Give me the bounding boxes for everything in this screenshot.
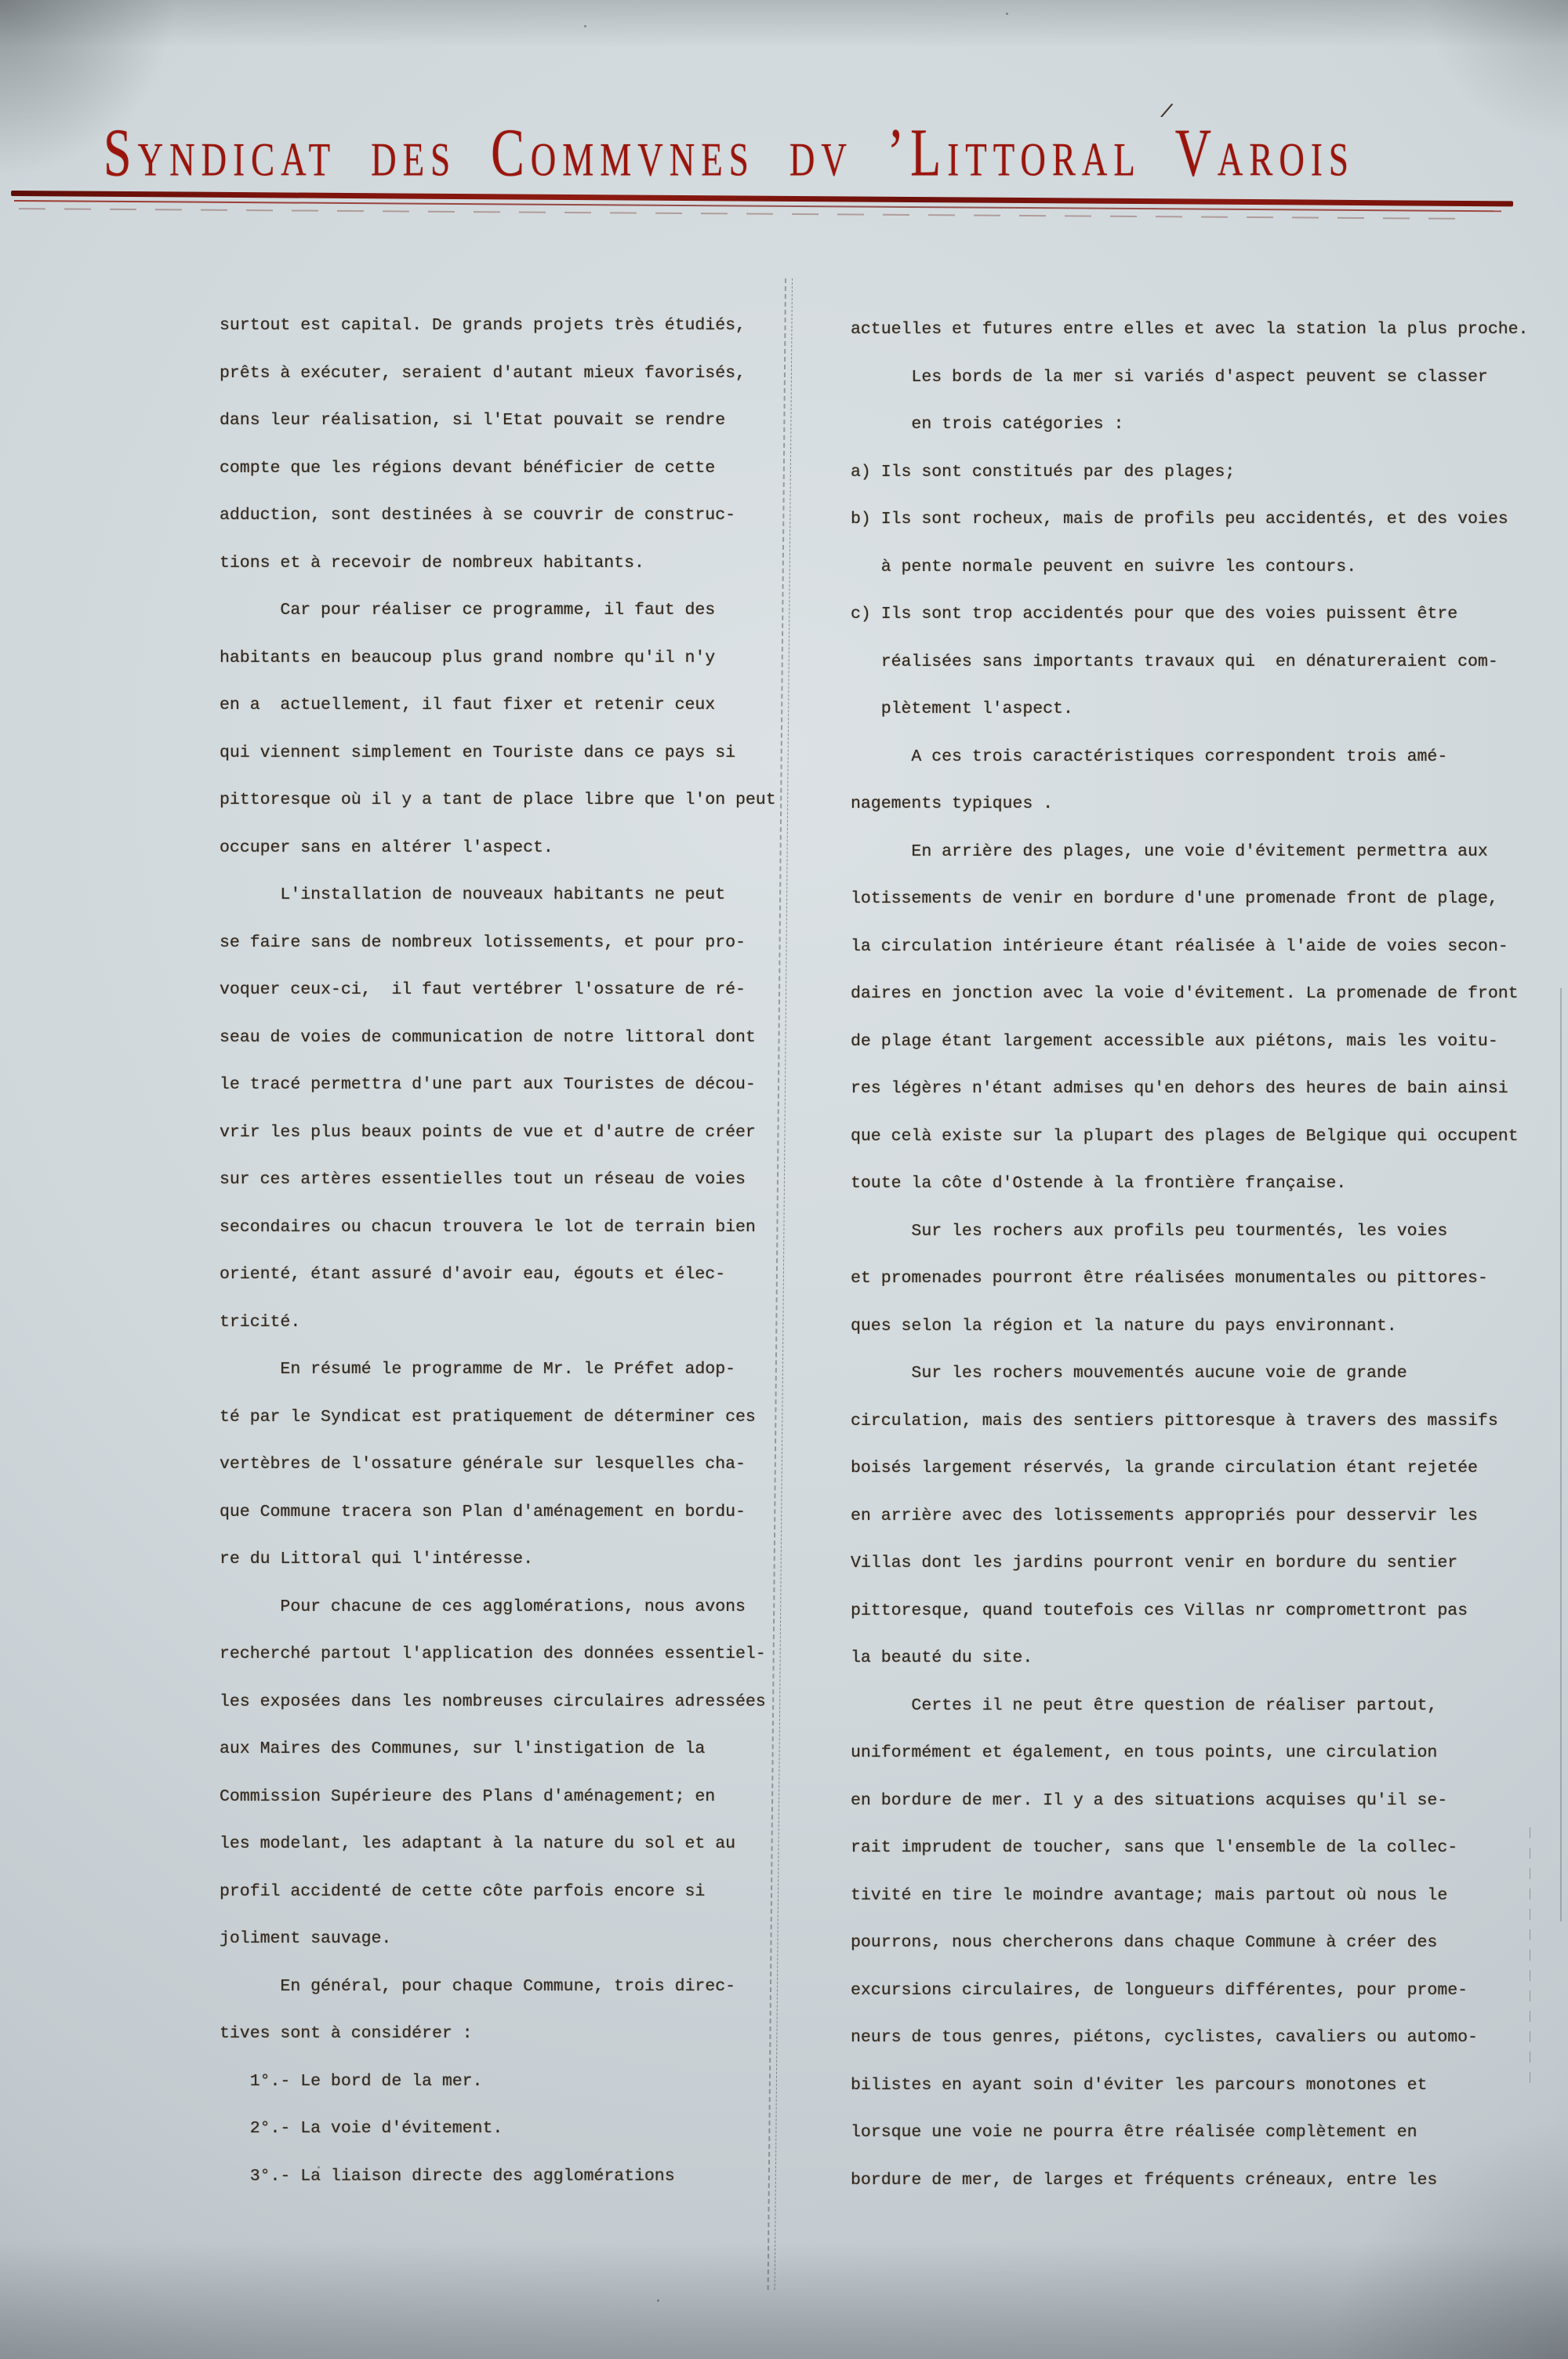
text-line: surtout est capital. De grands projets t… (220, 302, 800, 350)
header-rule-thick (11, 191, 1513, 206)
text-line: que Commune tracera son Plan d'aménageme… (220, 1488, 800, 1536)
text-line: orienté, étant assuré d'avoir eau, égout… (220, 1251, 800, 1299)
text-line: les modelant, les adaptant à la nature d… (220, 1820, 800, 1868)
text-line: prêts à exécuter, seraient d'autant mieu… (220, 350, 800, 398)
text-line: rait imprudent de toucher, sans que l'en… (851, 1824, 1541, 1872)
dust-speck (657, 2299, 659, 2302)
text-line: En arrière des plages, une voie d'évitem… (851, 828, 1541, 876)
text-line: L'installation de nouveaux habitants ne … (220, 871, 800, 919)
text-line: circulation, mais des sentiers pittoresq… (851, 1398, 1541, 1445)
text-line: c) Ils sont trop accidentés pour que des… (851, 591, 1541, 638)
text-line: a) Ils sont constitués par des plages; (851, 449, 1541, 496)
text-line: Commission Supérieure des Plans d'aménag… (220, 1773, 800, 1821)
text-line: vertèbres de l'ossature générale sur les… (220, 1441, 800, 1488)
scanned-document-page: Syndicat des Commvnes dv ’Littoral Varoi… (0, 0, 1568, 2359)
text-line: excursions circulaires, de longueurs dif… (851, 1967, 1541, 2015)
right-text-column: actuelles et futures entre elles et avec… (851, 306, 1541, 2204)
text-line: Certes il ne peut être question de réali… (851, 1682, 1541, 1730)
text-line: bordure de mer, de larges et fréquents c… (851, 2157, 1541, 2205)
text-line: pourrons, nous chercherons dans chaque C… (851, 1919, 1541, 1967)
text-line: se faire sans de nombreux lotissements, … (220, 919, 800, 967)
text-line: adduction, sont destinées à se couvrir d… (220, 492, 800, 540)
text-line: tions et à recevoir de nombreux habitant… (220, 540, 800, 587)
dust-speck (318, 2166, 320, 2168)
text-line: compte que les régions devant bénéficier… (220, 445, 800, 493)
text-line: lorsque une voie ne pourra être réalisée… (851, 2109, 1541, 2157)
text-line: en trois catégories : (851, 401, 1541, 449)
text-line: secondaires ou chacun trouvera le lot de… (220, 1204, 800, 1252)
document-title: Syndicat des Commvnes dv ’Littoral Varoi… (103, 119, 1240, 187)
text-line: la circulation intérieure étant réalisée… (851, 923, 1541, 971)
text-line: pittoresque, quand toutefois ces Villas … (851, 1587, 1541, 1635)
text-line: réalisées sans importants travaux qui en… (851, 638, 1541, 686)
text-line: vrir les plus beaux points de vue et d'a… (220, 1109, 800, 1157)
text-line: de plage étant largement accessible aux … (851, 1018, 1541, 1066)
text-line: pittoresque où il y a tant de place libr… (220, 776, 800, 824)
text-line: toute la côte d'Ostende à la frontière f… (851, 1160, 1541, 1208)
text-line: res légères n'étant admises qu'en dehors… (851, 1065, 1541, 1113)
text-line: la beauté du site. (851, 1634, 1541, 1682)
text-line: 1°.- Le bord de la mer. (220, 2058, 800, 2106)
text-line: uniformément et également, en tous point… (851, 1729, 1541, 1777)
text-line: voquer ceux-ci, il faut vertébrer l'ossa… (220, 966, 800, 1014)
right-edge-scratch (1530, 1827, 1530, 2086)
text-line: à pente normale peuvent en suivre les co… (851, 543, 1541, 591)
text-line: en bordure de mer. Il y a des situations… (851, 1777, 1541, 1825)
text-line: joliment sauvage. (220, 1915, 800, 1963)
text-line: les exposées dans les nombreuses circula… (220, 1678, 800, 1726)
text-line: tricité. (220, 1299, 800, 1347)
text-line: ques selon la région et la nature du pay… (851, 1303, 1541, 1350)
text-line: en a actuellement, il faut fixer et rete… (220, 682, 800, 729)
text-line: occuper sans en altérer l'aspect. (220, 824, 800, 872)
text-line: profil accidenté de cette côte parfois e… (220, 1868, 800, 1916)
text-line: qui viennent simplement en Touriste dans… (220, 729, 800, 777)
text-line: b) Ils sont rocheux, mais de profils peu… (851, 496, 1541, 543)
text-line: daires en jonction avec la voie d'évitem… (851, 970, 1541, 1018)
text-line: En résumé le programme de Mr. le Préfet … (220, 1346, 800, 1394)
text-line: 2°.- La voie d'évitement. (220, 2105, 800, 2153)
text-line: Sur les rochers aux profils peu tourment… (851, 1208, 1541, 1256)
text-line: que celà existe sur la plupart des plage… (851, 1113, 1541, 1161)
text-line: En général, pour chaque Commune, trois d… (220, 1963, 800, 2011)
text-line: aux Maires des Communes, sur l'instigati… (220, 1725, 800, 1773)
text-line: Sur les rochers mouvementés aucune voie … (851, 1350, 1541, 1398)
text-line: re du Littoral qui l'intéresse. (220, 1536, 800, 1583)
text-line: Car pour réaliser ce programme, il faut … (220, 587, 800, 634)
dust-speck (584, 25, 586, 27)
text-line: Villas dont les jardins pourront venir e… (851, 1539, 1541, 1587)
text-line: et promenades pourront être réalisées mo… (851, 1255, 1541, 1303)
right-edge-crease (1560, 988, 1562, 1921)
text-line: boisés largement réservés, la grande cir… (851, 1445, 1541, 1492)
text-line: nagements typiques . (851, 780, 1541, 828)
text-line: Pour chacune de ces agglomérations, nous… (220, 1583, 800, 1631)
text-line: tivité en tire le moindre avantage; mais… (851, 1872, 1541, 1920)
text-line: habitants en beaucoup plus grand nombre … (220, 634, 800, 682)
text-line: neurs de tous genres, piétons, cyclistes… (851, 2014, 1541, 2062)
text-line: dans leur réalisation, si l'Etat pouvait… (220, 397, 800, 445)
text-line: plètement l'aspect. (851, 685, 1541, 733)
text-line: en arrière avec des lotissements appropr… (851, 1492, 1541, 1540)
text-line: tives sont à considérer : (220, 2010, 800, 2058)
dust-speck (1006, 13, 1008, 15)
text-line: seau de voies de communication de notre … (220, 1014, 800, 1062)
text-line: lotissements de venir en bordure d'une p… (851, 875, 1541, 923)
text-line: té par le Syndicat est pratiquement de d… (220, 1394, 800, 1441)
left-text-column: surtout est capital. De grands projets t… (220, 302, 800, 2200)
text-line: A ces trois caractéristiques corresponde… (851, 733, 1541, 781)
text-line: actuelles et futures entre elles et avec… (851, 306, 1541, 354)
text-line: le tracé permettra d'une part aux Touris… (220, 1061, 800, 1109)
text-line: sur ces artères essentielles tout un rés… (220, 1156, 800, 1204)
text-line: Les bords de la mer si variés d'aspect p… (851, 354, 1541, 402)
text-line: recherché partout l'application des donn… (220, 1630, 800, 1678)
text-line: 3°.- La liaison directe des agglomératio… (220, 2153, 800, 2201)
text-line: bilistes en ayant soin d'éviter les parc… (851, 2062, 1541, 2110)
header-divider (11, 191, 1513, 224)
